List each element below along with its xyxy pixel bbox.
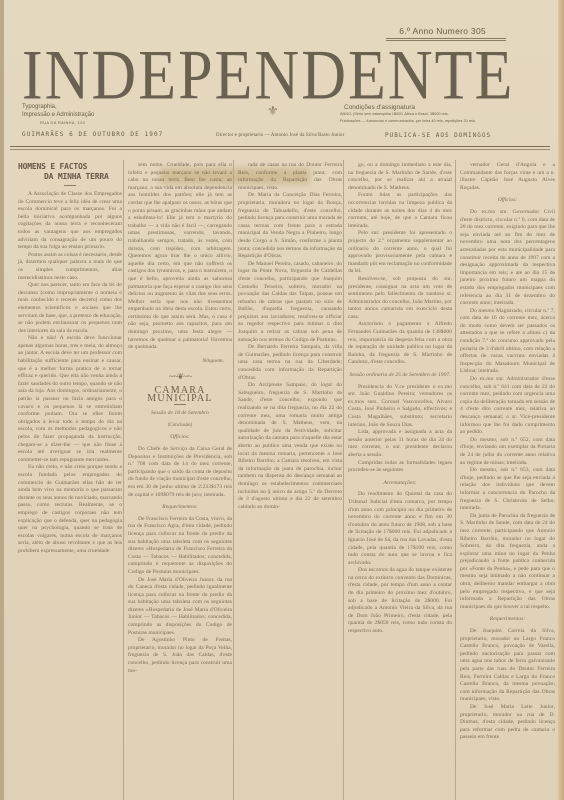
issue-number: 6.º Anno Numero 305: [399, 26, 486, 36]
paragraph: A Associação de Classe dos Empregados do…: [18, 191, 122, 252]
paragraph: Auctorisou o pagamento a Alfredo Fernand…: [348, 321, 452, 367]
subscription-line-1: ANNO, (Série sem estampilha 1$500, Afric…: [340, 111, 476, 118]
paragraph: Do mesmo, sob n.º 652, com data d'hoje, …: [460, 437, 555, 467]
session-heading: Sessão ordinaria de 25 de Setembro de 19…: [348, 372, 452, 380]
director-line: Director e proprietario — Antonio José d…: [216, 133, 344, 138]
paragraph: Dos escomos da agua do tanque existente …: [348, 567, 452, 635]
paragraph: De José Maria Leite Junior, proprietario…: [460, 704, 555, 742]
signature: Ninguem.: [128, 358, 224, 366]
column-divider: [123, 160, 124, 800]
paragraph: De Bernardo Ferreira Sampaio, da villa d…: [238, 344, 342, 382]
article-headline: HOMENS E FACTOS DA MINHA TERRA: [18, 162, 122, 182]
masthead-title: INDEPENDENTE: [22, 40, 492, 111]
printing-address: RUA DA RAINHA, 120: [22, 119, 94, 127]
paragraph: Cumpridas todas as formalidades legaes p…: [348, 460, 452, 475]
paragraph: Do ex.mo snr. Administrador d'esse conce…: [460, 376, 555, 437]
subheading-requerimentos: Requerimentos:: [128, 504, 232, 512]
column-2: sem nome. Crueldade, pois para ella o in…: [128, 162, 232, 675]
publication-schedule: PUBLICA-SE AOS DOMINGOS: [385, 132, 491, 139]
header-rule: [10, 146, 550, 147]
paragraph: Do rendimento do Quintal da casa do Trib…: [348, 491, 452, 567]
paragraph: Resolveu-se, sob proposta do snr. presid…: [348, 276, 452, 322]
paragraph: vernador Geral d'Angola e a Commandante …: [460, 162, 555, 192]
ornament-icon: ⚜: [267, 103, 279, 119]
paragraph: Do mesmo Magistrado, circular n.º 7, com…: [460, 308, 555, 376]
headline-line-1: HOMENS E FACTOS: [18, 162, 87, 171]
paragraph: Da junta de Parochia da freguezia de S. …: [460, 513, 555, 612]
date-line: GUIMARÃES 6 DE OUTUBRO DE 1907: [22, 131, 163, 138]
paragraph: Lida, approvada e assignada a acta da se…: [348, 429, 452, 459]
subscription-line-2: Publicações — Annuncios e communicados, …: [340, 118, 476, 125]
paragraph: De Agostinho Pinto de Freitas, proprieta…: [128, 637, 232, 675]
paragraph: Foram lidas as participações das occorre…: [348, 192, 452, 230]
subheading-requerimentos: Requerimentos:: [460, 616, 555, 624]
paragraph: De José Maria d'Oliveira Junior, da rua …: [128, 577, 232, 638]
header-rule-2: [10, 149, 550, 150]
paragraph: Eu não creio, e não creio porque sendo a…: [18, 464, 122, 555]
paragraph: Postos assim as coisas é necessario, des…: [18, 252, 122, 282]
paragraph: Presidencia do V.ce presidente o ex.mo s…: [348, 384, 452, 430]
paragraph: De Manoel Pereira, casado, cabaneiro, do…: [238, 261, 342, 345]
column-divider: [343, 160, 344, 800]
column-divider: [233, 160, 234, 800]
printing-line-1: Typographia,: [22, 104, 94, 112]
column-3: rada de casas na rua do Doutor Ferreira …: [238, 162, 342, 511]
paragraph: Do ex.mo snr. Governador Civil d'este di…: [460, 209, 555, 308]
continued-note: (Conclusão): [128, 422, 232, 430]
column-1: HOMENS E FACTOS DA MINHA TERRA A Associa…: [18, 162, 122, 556]
paragraph: De Maria da Conceição Dias Ferreira, pro…: [238, 192, 342, 260]
column-4: go, ou a domingo immediato a este dia, n…: [348, 162, 452, 636]
section-title: CAMARA MUNICIPAL: [128, 387, 232, 402]
paragraph: go, ou a domingo immediato a este dia, n…: [348, 162, 452, 192]
printing-info: Typographia, Impressão e Administração R…: [22, 104, 94, 127]
headline-line-2: DA MINHA TERRA: [18, 172, 122, 182]
paragraph: De Francisco Ferreira da Costa, viuvo, d…: [128, 516, 232, 577]
column-5: vernador Geral d'Angola e a Commandante …: [460, 162, 555, 742]
paragraph: Do Arcipreste Sampaio, do logar do Sabug…: [238, 382, 342, 511]
paragraph: Do mesmo, sob n.º 653, com data d'hoje, …: [460, 467, 555, 513]
short-rule: [174, 404, 186, 405]
paragraph: De Joaquim Correia da Silva, proprietari…: [460, 628, 555, 704]
subheading-officios: Officios:: [128, 434, 232, 442]
subheading-officios: Officios:: [460, 197, 555, 205]
printing-line-2: Impressão e Administração: [22, 112, 94, 120]
paragraph: Do Chefe de Serviço da Caixa Geral de De…: [128, 446, 232, 499]
session-heading: Sessão de 18 de Setembro: [128, 410, 232, 418]
paragraph: Pelo snr. presidente foi apresentado o p…: [348, 230, 452, 276]
subscription-title: Condições d'assignatura: [340, 104, 476, 111]
paragraph: Não e não! A escola deve funccionar apen…: [18, 335, 122, 464]
subheading-arrematacoes: Arrematações:: [348, 480, 452, 488]
newspaper-page: 6.º Anno Numero 305 INDEPENDENTE Typogra…: [0, 0, 564, 800]
flourish-ornament-icon: ~·~❦~·~: [128, 373, 232, 381]
paragraph: sem nome. Crueldade, pois para ella o in…: [128, 162, 232, 352]
short-rule: [64, 185, 76, 186]
subscription-info: Condições d'assignatura ANNO, (Série sem…: [340, 104, 476, 125]
column-divider: [455, 160, 456, 800]
paragraph: Quer nos parecer, tanto em face da lei d…: [18, 282, 122, 335]
paragraph: rada de casas na rua do Doutor Ferreira …: [238, 162, 342, 192]
